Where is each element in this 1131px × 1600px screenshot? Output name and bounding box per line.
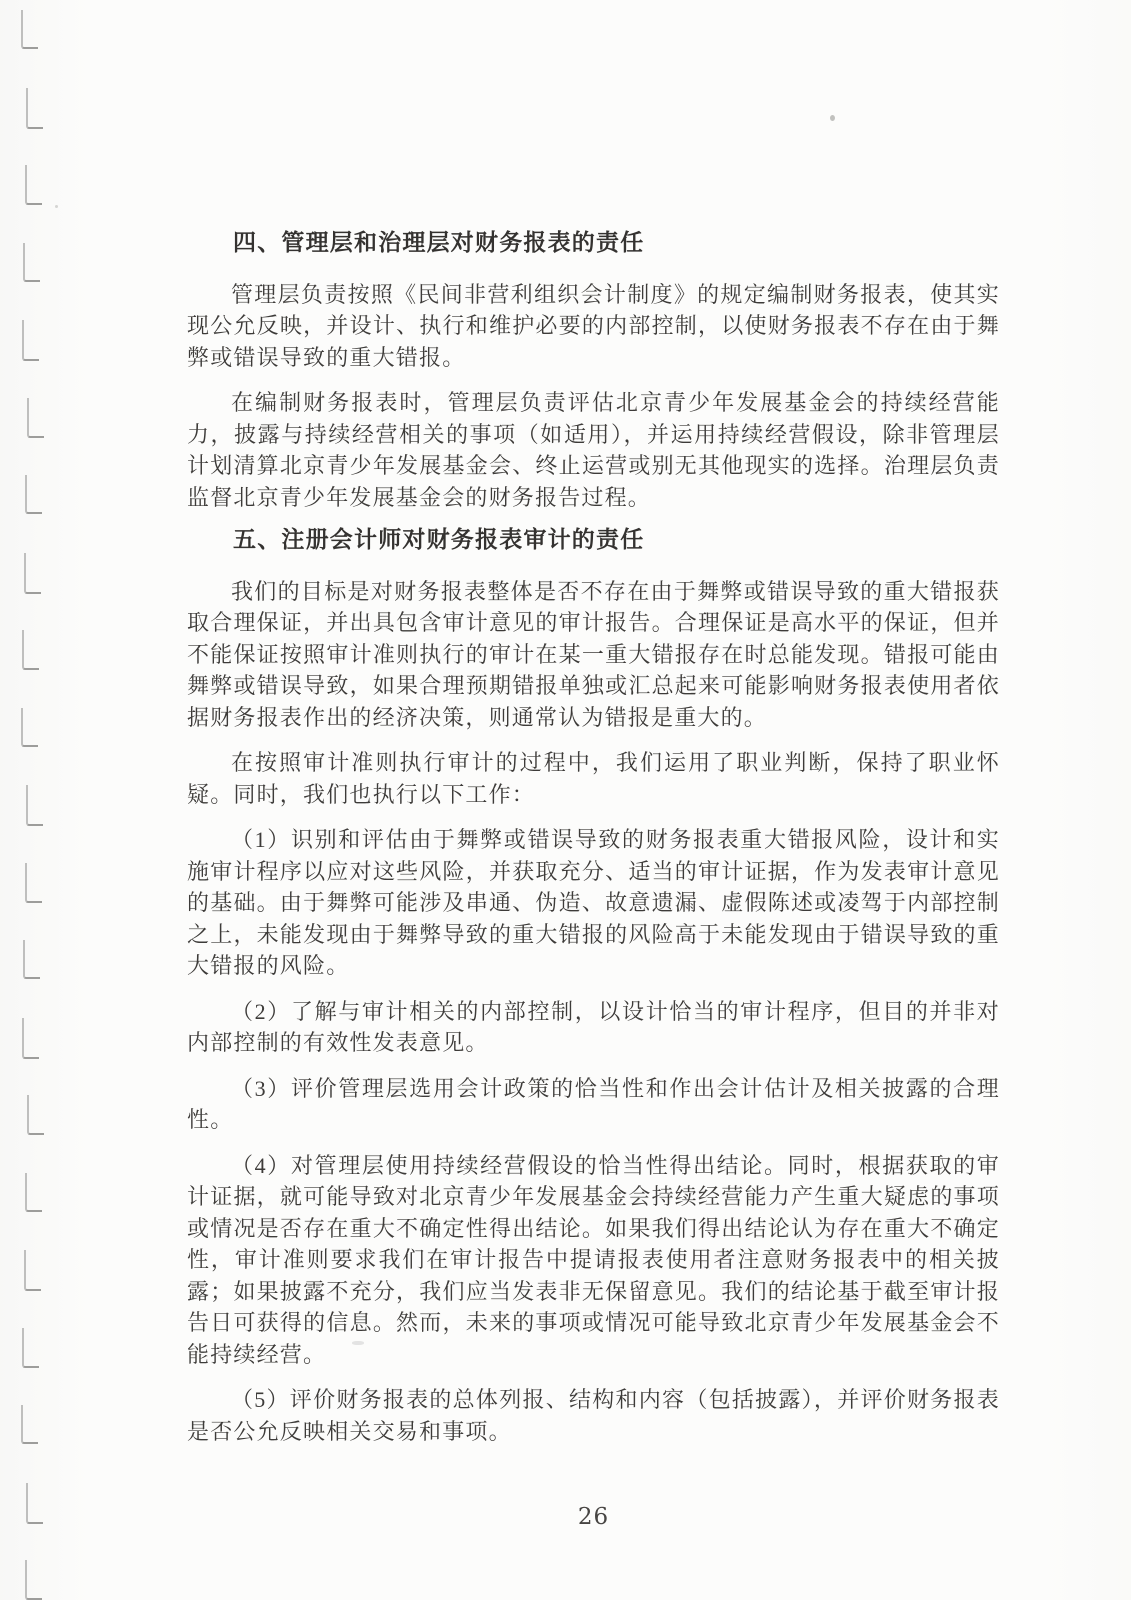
- document-content: 四、管理层和治理层对财务报表的责任管理层负责按照《民间非营利组织会计制度》的规定…: [187, 216, 1000, 1530]
- binder-ring-shadow-icon: [25, 863, 42, 903]
- binder-ring-shadow-icon: [21, 708, 38, 747]
- binder-ring-shadow-icon: [27, 398, 44, 438]
- paragraph: （4）对管理层使用持续经营假设的恰当性得出结论。同时，根据获取的审计证据，就可能…: [187, 1150, 1000, 1371]
- binder-ring-shadow-icon: [22, 630, 39, 670]
- binding-marks: [0, 0, 60, 1600]
- binder-ring-shadow-icon: [26, 785, 43, 826]
- binder-ring-shadow-icon: [24, 1250, 41, 1291]
- paragraph: （2）了解与审计相关的内部控制，以设计恰当的审计程序，但目的并非对内部控制的有效…: [187, 996, 1000, 1059]
- binder-ring-shadow-icon: [21, 10, 38, 49]
- binder-ring-shadow-icon: [27, 1095, 44, 1135]
- binder-ring-shadow-icon: [25, 475, 42, 514]
- section-heading: 五、注册会计师对财务报表审计的责任: [187, 524, 1000, 556]
- binder-ring-shadow-icon: [24, 553, 41, 594]
- paragraph: （3）评价管理层选用会计政策的恰当性和作出会计估计及相关披露的合理性。: [187, 1073, 1000, 1136]
- binder-ring-shadow-icon: [26, 88, 43, 129]
- binder-ring-shadow-icon: [22, 320, 39, 361]
- scan-speck: [55, 205, 58, 208]
- binder-ring-shadow-icon: [23, 940, 40, 979]
- page-number: 26: [187, 1504, 1000, 1530]
- paragraph: 在编制财务报表时，管理层负责评估北京青少年发展基金会的持续经营能力，披露与持续经…: [187, 387, 1000, 513]
- binder-ring-shadow-icon: [26, 1483, 43, 1524]
- binder-ring-shadow-icon: [22, 1328, 39, 1368]
- binder-ring-shadow-icon: [23, 243, 40, 282]
- paragraph: 在按照审计准则执行审计的过程中，我们运用了职业判断，保持了职业怀疑。同时，我们也…: [187, 747, 1000, 810]
- binder-ring-shadow-icon: [25, 1560, 42, 1600]
- paragraph: （1）识别和评估由于舞弊或错误导致的财务报表重大错报风险，设计和实施审计程序以应…: [187, 824, 1000, 982]
- binder-ring-shadow-icon: [21, 1405, 38, 1444]
- paragraph: 我们的目标是对财务报表整体是否不存在由于舞弊或错误导致的重大错报获取合理保证，并…: [187, 576, 1000, 734]
- paragraph: （5）评价财务报表的总体列报、结构和内容（包括披露），并评价财务报表是否公允反映…: [187, 1384, 1000, 1447]
- binder-ring-shadow-icon: [25, 1173, 42, 1212]
- binder-ring-shadow-icon: [22, 1018, 39, 1059]
- sections-container: 四、管理层和治理层对财务报表的责任管理层负责按照《民间非营利组织会计制度》的规定…: [187, 227, 1000, 1447]
- section-heading: 四、管理层和治理层对财务报表的责任: [187, 227, 1000, 259]
- scanned-document-page: 四、管理层和治理层对财务报表的责任管理层负责按照《民间非营利组织会计制度》的规定…: [0, 0, 1131, 1600]
- paragraph: 管理层负责按照《民间非营利组织会计制度》的规定编制财务报表，使其实现公允反映，并…: [187, 279, 1000, 374]
- binder-ring-shadow-icon: [25, 165, 42, 205]
- scan-speck: [830, 115, 835, 121]
